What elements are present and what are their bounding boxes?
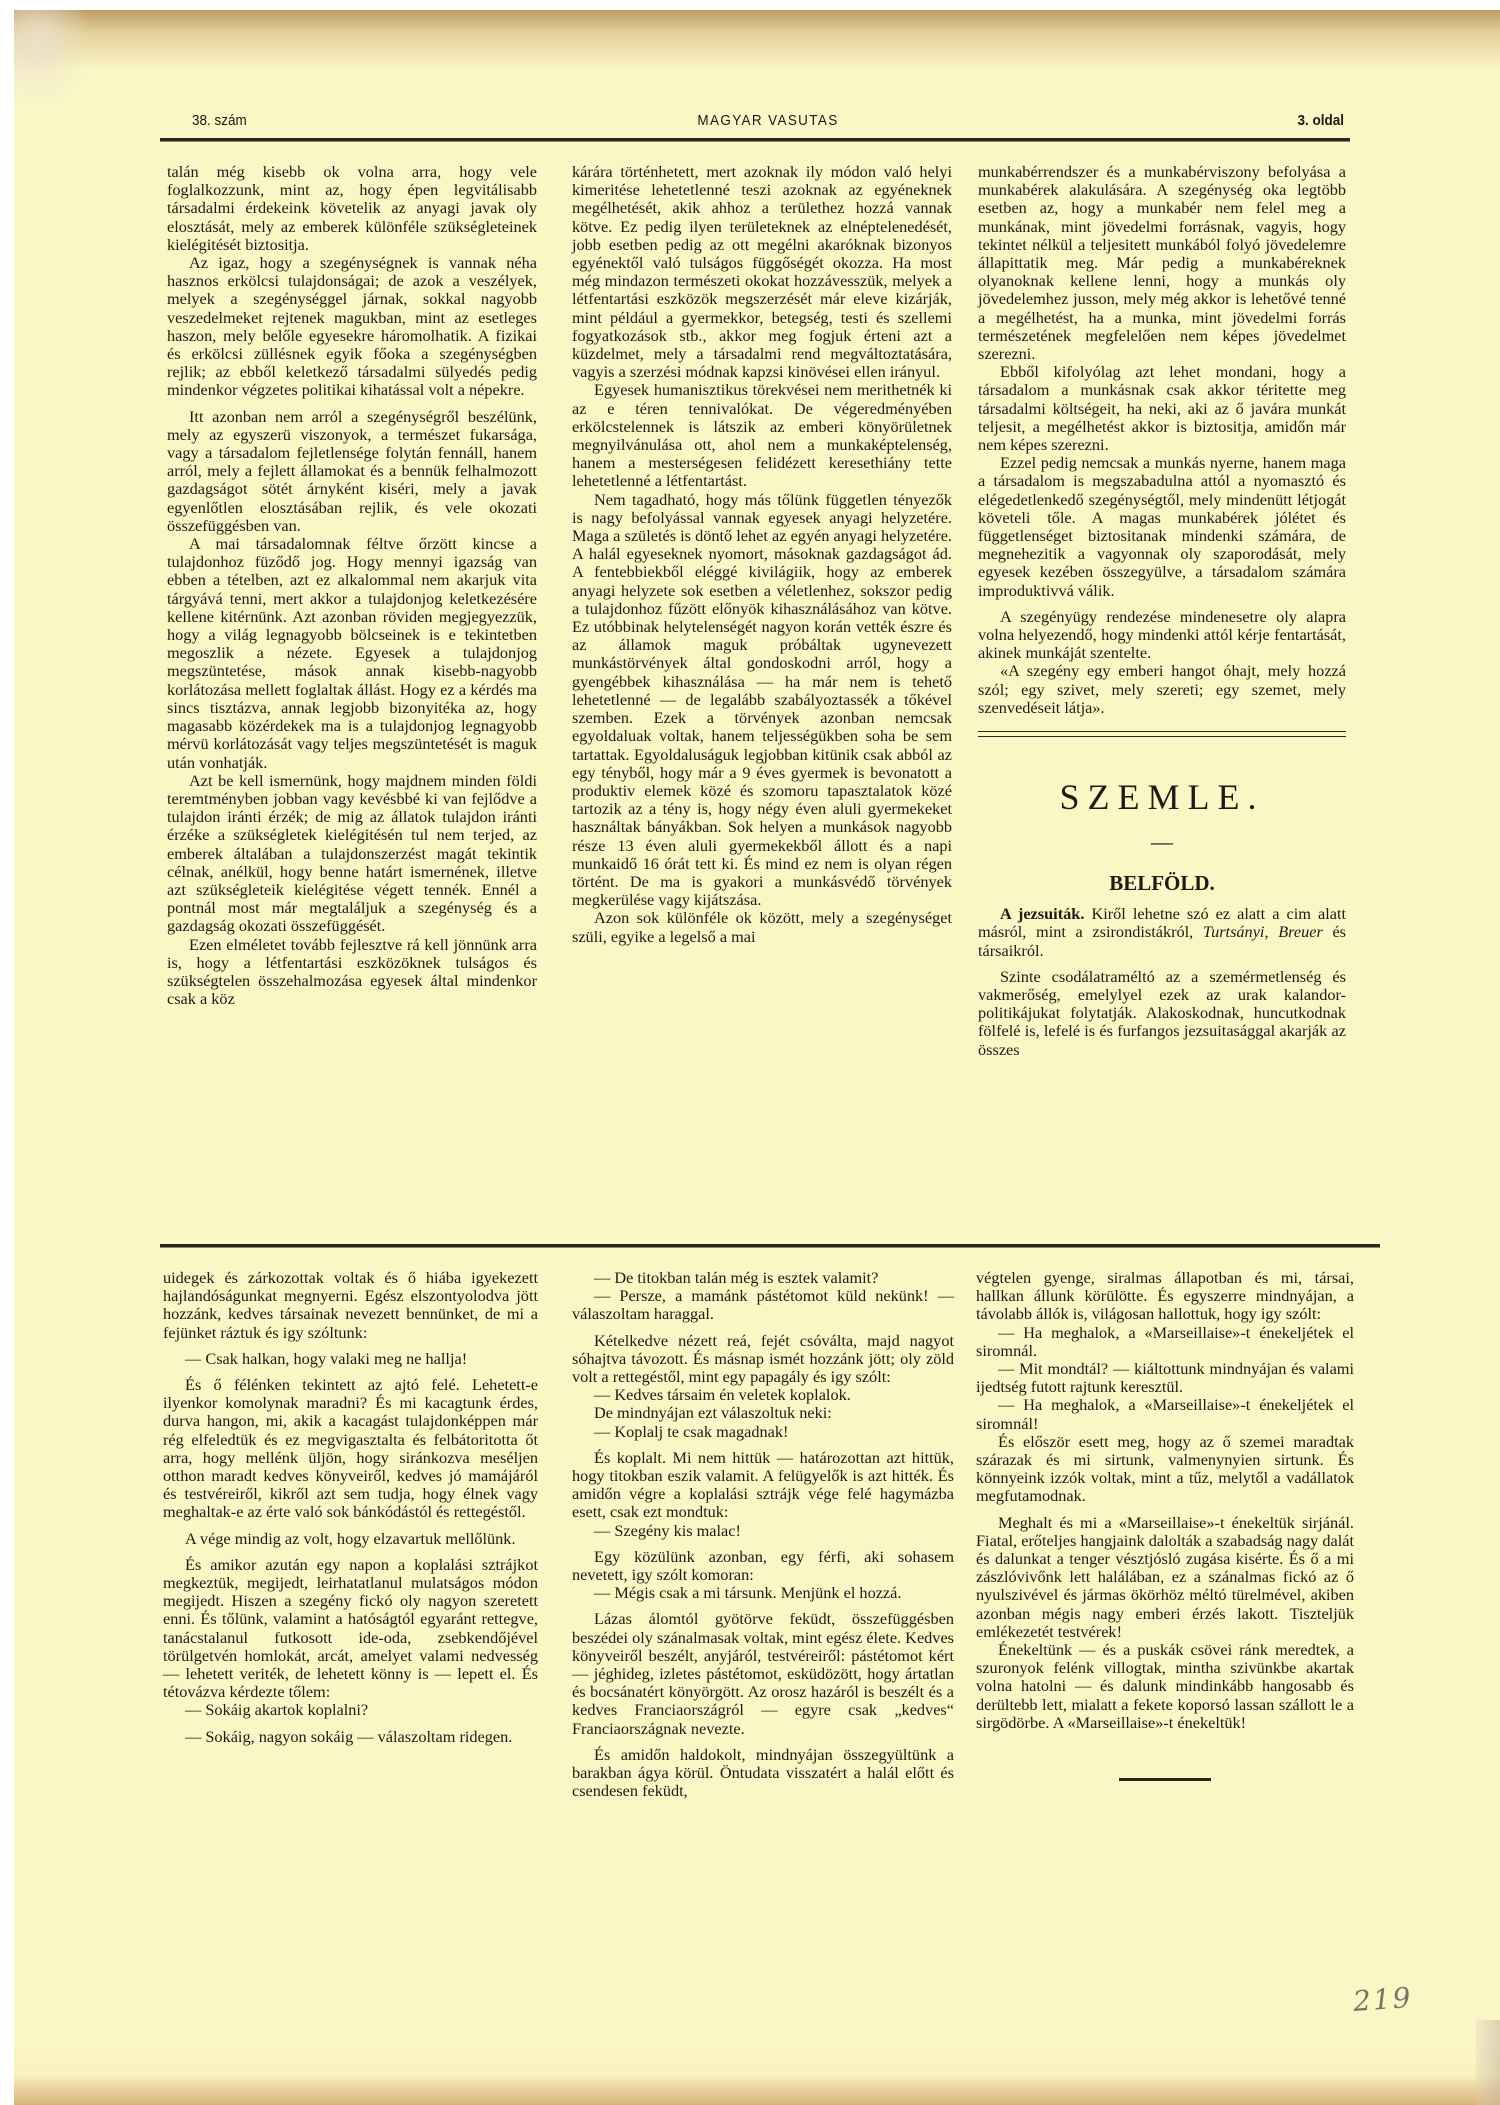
dialogue-line: — Sokáig akartok koplalni? (163, 1701, 538, 1719)
dialogue-line: — Ha meghalok, a «Marseillaise»-t énekel… (976, 1324, 1354, 1360)
paragraph: A mai társadalomnak féltve őrzött kincse… (167, 535, 537, 772)
paragraph: És amikor azután egy napon a koplalási s… (163, 1556, 538, 1702)
review-paragraph: Szinte csodálatraméltó az a szemérmetlen… (978, 968, 1346, 1059)
story-end-rule (1119, 1778, 1211, 1781)
dialogue-line: — Koplalj te csak magadnak! (572, 1423, 954, 1441)
dialogue-line: — De titokban talán még is esztek valami… (572, 1269, 954, 1287)
review-paragraph: A jezsuiták. Kiről lehetne szó ez alatt … (978, 905, 1346, 960)
paragraph: Azt be kell ismernünk, hogy majdnem mind… (167, 772, 537, 936)
paragraph: És ő félénken tekintett az ajtó felé. Le… (163, 1376, 538, 1522)
paragraph: Azon sok különféle ok között, mely a sze… (572, 909, 952, 945)
paragraph: Egy közülünk azonban, egy férfi, aki soh… (572, 1548, 954, 1584)
story-column-1: uidegek és zárkozottak voltak és ő hiába… (163, 1269, 538, 1746)
paragraph: Kételkedve nézett reá, fejét csóválta, m… (572, 1332, 954, 1387)
paragraph: De mindnyájan ezt válaszoltuk neki: (572, 1404, 954, 1422)
paragraph: A szegényügy rendezése mindenesetre oly … (978, 608, 1346, 663)
paragraph: És amidőn haldokolt, mindnyájan összegyü… (572, 1746, 954, 1801)
dialogue-line: — Ha meghalok, a «Marseillaise»-t énekel… (976, 1396, 1354, 1432)
person-name: Turtsányi (1203, 922, 1265, 941)
paragraph: végtelen gyenge, siralmas állapotban és … (976, 1269, 1354, 1324)
article-column-1: talán még kisebb ok volna arra, hogy vel… (167, 163, 537, 1008)
paragraph: Egyesek humanisztikus törekvései nem mer… (572, 381, 952, 490)
page-number: 3. oldal (1297, 112, 1344, 129)
story-column-3: végtelen gyenge, siralmas állapotban és … (976, 1269, 1354, 1781)
section-dash: — (978, 831, 1346, 853)
dialogue-line: — Mégis csak a mi társunk. Menjünk el ho… (572, 1584, 954, 1602)
paragraph: kárára történhetett, mert azoknak ily mó… (572, 163, 952, 381)
newspaper-title: MAGYAR VASUTAS (192, 112, 1344, 129)
section-title: SZEMLE. (978, 777, 1346, 817)
dialogue-line: — Sokáig, nagyon sokáig — válaszoltam ri… (163, 1728, 538, 1746)
paragraph: És először esett meg, hogy az ő szemei m… (976, 1433, 1354, 1506)
section-divider (978, 731, 1346, 737)
paragraph: Az igaz, hogy a szegénységnek is vannak … (167, 254, 537, 400)
review-lead-heading: A jezsuiták. (1000, 904, 1084, 923)
paragraph: talán még kisebb ok volna arra, hogy vel… (167, 163, 537, 254)
running-head: 38. szám MAGYAR VASUTAS 3. oldal (192, 112, 1229, 134)
paragraph: Lázas álomtól gyötörve feküdt, összefügg… (572, 1610, 954, 1737)
dialogue-line: — Mit mondtál? — kiáltottunk mindnyájan … (976, 1360, 1354, 1396)
paragraph: A vége mindig az volt, hogy elzavartuk m… (163, 1530, 538, 1548)
dialogue-line: — Persze, a mamánk pástétomot küld nekün… (572, 1287, 954, 1323)
paragraph: Ebből kifolyólag azt lehet mondani, hogy… (978, 363, 1346, 454)
paragraph: És koplalt. Mi nem hittük — határozottan… (572, 1449, 954, 1522)
paragraph: Énekeltünk — és a puskák csövei ránk mer… (976, 1641, 1354, 1732)
article-column-2: kárára történhetett, mert azoknak ily mó… (572, 163, 952, 946)
story-divider-rule (160, 1244, 1380, 1248)
person-name: Breuer (1278, 922, 1323, 941)
subsection-title: BELFÖLD. (978, 871, 1346, 895)
story-column-2: — De titokban talán még is esztek valami… (572, 1269, 954, 1800)
paragraph: Nem tagadható, hogy más tőlünk független… (572, 491, 952, 910)
handwritten-page-note: 219 (1352, 1981, 1414, 2018)
header-rule (160, 138, 1350, 142)
page-content: 38. szám MAGYAR VASUTAS 3. oldal talán m… (0, 0, 1500, 2105)
dialogue-line: — Kedves társaim én veletek koplalok. (572, 1386, 954, 1404)
paragraph: Itt azonban nem arról a szegénységről be… (167, 408, 537, 535)
paragraph: Meghalt és mi a «Marseillaise»-t énekelt… (976, 1514, 1354, 1641)
dialogue-line: — Szegény kis malac! (572, 1522, 954, 1540)
dialogue-line: — Csak halkan, hogy valaki meg ne hallja… (163, 1350, 538, 1368)
paragraph: Ezen elméletet tovább fejlesztve rá kell… (167, 936, 537, 1009)
paragraph: Ezzel pedig nemcsak a munkás nyerne, han… (978, 454, 1346, 600)
paragraph: «A szegény egy emberi hangot óhajt, mely… (978, 662, 1346, 717)
paragraph: uidegek és zárkozottak voltak és ő hiába… (163, 1269, 538, 1342)
article-column-3: munkabérrendszer és a munkabérviszony be… (978, 163, 1346, 1059)
paragraph: munkabérrendszer és a munkabérviszony be… (978, 163, 1346, 363)
